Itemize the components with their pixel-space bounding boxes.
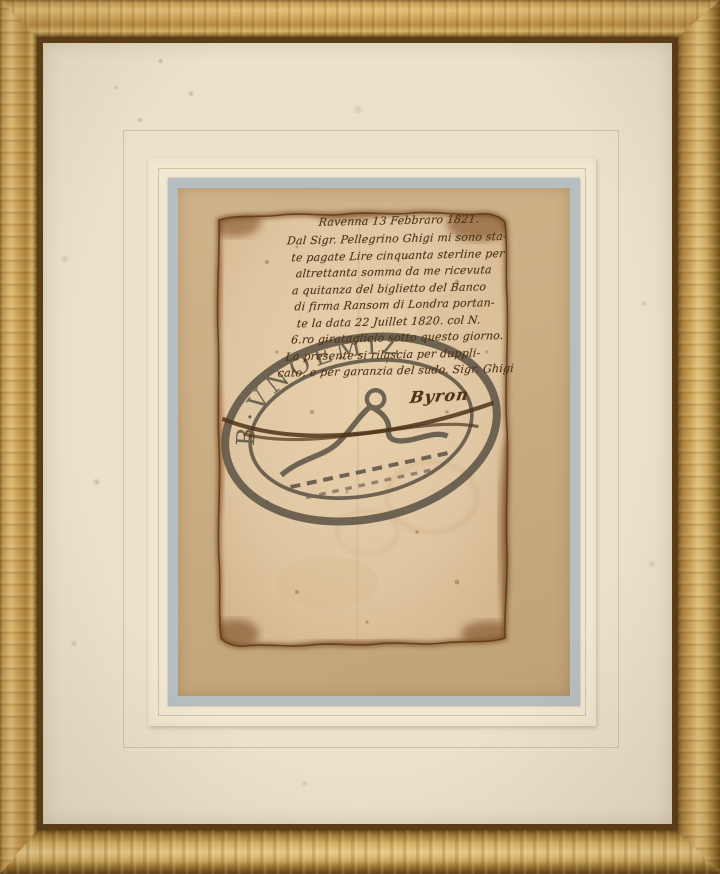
mat-stain [640,300,648,307]
mat-stain [70,640,78,647]
frame-top-rail [0,0,720,37]
mat-stain [647,560,657,568]
mat-stain [300,780,309,787]
mat-stain [60,255,70,263]
mat-stain [157,58,164,64]
mat-stain [92,478,101,486]
outer-mat-board: B·VNOEMIZ Ravenna 13 Febbraro 1821. [43,43,672,824]
mat-stain [137,117,143,123]
manuscript-paper: B·VNOEMIZ Ravenna 13 Febbraro 1821. [207,202,515,656]
mat-stain [187,90,195,97]
manuscript-text: Ravenna 13 Febbraro 1821. Dal Sigr. Pell… [202,199,519,659]
blue-gray-liner: B·VNOEMIZ Ravenna 13 Febbraro 1821. [168,178,580,706]
frame-left-rail [0,0,37,874]
mat-stain [113,85,119,90]
mount-board: B·VNOEMIZ Ravenna 13 Febbraro 1821. [178,188,570,696]
frame-bottom-rail [0,830,720,874]
framed-manuscript-photo: B·VNOEMIZ Ravenna 13 Febbraro 1821. [0,0,720,874]
mat-stain [350,105,366,114]
inner-mat-panel: B·VNOEMIZ Ravenna 13 Febbraro 1821. [148,158,596,726]
frame-right-rail [678,0,720,874]
signature-flourish [202,199,519,659]
